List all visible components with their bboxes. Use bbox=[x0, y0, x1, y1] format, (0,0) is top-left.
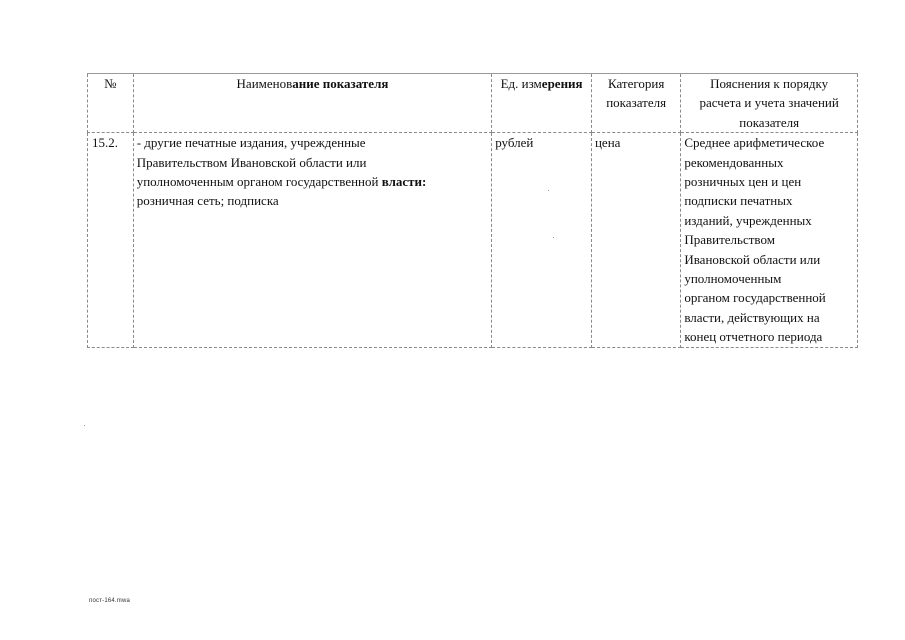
scan-speck bbox=[548, 190, 549, 191]
explanation-line: Ивановской области или bbox=[684, 250, 855, 269]
name-line: розничная сеть; подписка bbox=[137, 191, 489, 210]
table-header-row: № Наименование показателя Ед. измерения … bbox=[88, 74, 858, 133]
scan-speck bbox=[84, 425, 85, 426]
category-value: цена bbox=[595, 135, 620, 150]
cell-category: цена bbox=[591, 133, 680, 347]
header-explanation-line: Пояснения к порядку bbox=[684, 74, 854, 93]
name-line: Правительством Ивановской области или bbox=[137, 153, 489, 172]
header-unit: Ед. измерения bbox=[492, 74, 592, 133]
explanation-line: изданий, учрежденных bbox=[684, 211, 855, 230]
explanation-line: рекомендованных bbox=[684, 153, 855, 172]
unit-value: рублей bbox=[495, 135, 533, 150]
scan-speck bbox=[553, 237, 554, 238]
footer-file-label: пост-164.mwa bbox=[89, 598, 130, 604]
explanation-line: уполномоченным bbox=[684, 269, 855, 288]
name-line-bold: власти: bbox=[382, 174, 427, 189]
explanation-line: власти, действующих на bbox=[684, 308, 855, 327]
explanation-line: Правительством bbox=[684, 230, 855, 249]
table-row: 15.2. - другие печатные издания, учрежде… bbox=[88, 133, 858, 347]
header-category: Категория показателя bbox=[591, 74, 680, 133]
header-unit-regular: Ед. изм bbox=[501, 76, 542, 91]
row-number: 15.2. bbox=[92, 135, 118, 150]
explanation-line: конец отчетного периода bbox=[684, 327, 855, 346]
header-category-line: показателя bbox=[595, 93, 677, 112]
cell-explanation: Среднее арифметическое рекомендованных р… bbox=[681, 133, 858, 347]
explanation-line: подписки печатных bbox=[684, 191, 855, 210]
explanation-line: органом государственной bbox=[684, 288, 855, 307]
name-line: - другие печатные издания, учрежденные bbox=[137, 133, 489, 152]
header-name-bold: ание показателя bbox=[292, 76, 388, 91]
explanation-line: Среднее арифметическое bbox=[684, 133, 855, 152]
cell-unit: рублей bbox=[492, 133, 592, 347]
header-explanation-line: расчета и учета значений bbox=[684, 93, 854, 112]
header-explanation-line: показателя bbox=[684, 113, 854, 132]
header-unit-bold: ерения bbox=[542, 76, 583, 91]
explanation-line: розничных цен и цен bbox=[684, 172, 855, 191]
header-number-text: № bbox=[104, 76, 116, 91]
header-indicator-name: Наименование показателя bbox=[133, 74, 492, 133]
header-category-line: Категория bbox=[595, 74, 677, 93]
name-line-regular: уполномоченным органом государственной bbox=[137, 174, 382, 189]
cell-number: 15.2. bbox=[88, 133, 134, 347]
name-line: уполномоченным органом государственной в… bbox=[137, 172, 489, 191]
header-explanation: Пояснения к порядку расчета и учета знач… bbox=[681, 74, 858, 133]
header-name-regular: Наименов bbox=[237, 76, 293, 91]
indicator-table: № Наименование показателя Ед. измерения … bbox=[87, 73, 858, 348]
cell-indicator-name: - другие печатные издания, учрежденные П… bbox=[133, 133, 492, 347]
header-number: № bbox=[88, 74, 134, 133]
